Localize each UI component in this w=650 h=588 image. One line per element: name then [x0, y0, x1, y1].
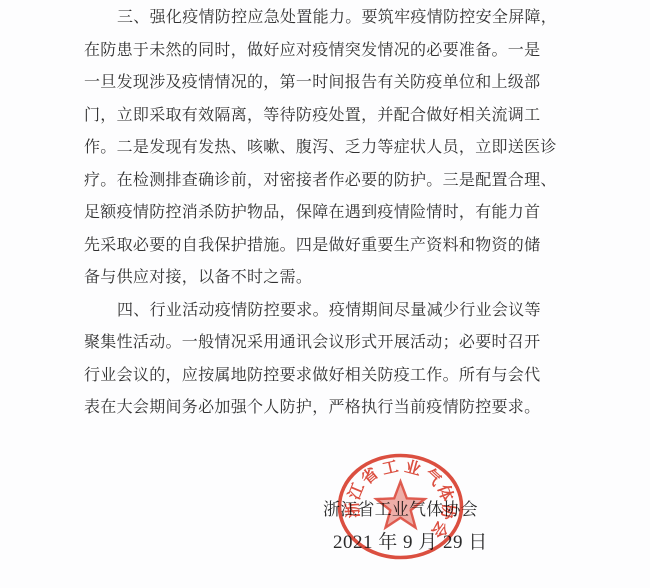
text-line: 作。二是发现有发热、咳嗽、腹泻、乏力等症状人员，立即送医诊: [84, 132, 537, 165]
text-line: 备与供应对接，以备不时之需。: [84, 262, 537, 295]
paragraph-4: 四、行业活动疫情防控要求。疫情期间尽量减少行业会议等 聚集性活动。一般情况采用通…: [84, 295, 537, 425]
seal-ring-char: 业: [403, 458, 423, 480]
text-line: 一旦发现涉及疫情情况的，第一时间报告有关防疫单位和上级部: [84, 67, 537, 100]
text-line: 表在大会期间务必加强个人防护，严格执行当前疫情防控要求。: [84, 392, 537, 425]
text-line: 三、强化疫情防控应急处置能力。要筑牢疫情防控安全屏障，: [84, 2, 537, 35]
text-line: 疗。在检测排查确诊前，对密接者作必要的防护。三是配置合理、: [84, 165, 537, 198]
text-line: 门，立即采取有效隔离，等待防疫处置，并配合做好相关流调工: [84, 100, 537, 133]
text-line: 先采取必要的自我保护措施。四是做好重要生产资料和物资的储: [84, 230, 537, 263]
text-line: 行业会议的，应按属地防控要求做好相关防疫工作。所有与会代: [84, 360, 537, 393]
paragraph-3: 三、强化疫情防控应急处置能力。要筑牢疫情防控安全屏障， 在防患于未然的同时，做好…: [84, 2, 537, 295]
seal-ring-char: 气: [421, 465, 446, 490]
signature-organization: 浙江省工业气体协会: [323, 495, 478, 520]
text-line: 在防患于未然的同时，做好应对疫情突发情况的必要准备。一是: [84, 35, 537, 68]
scanned-document-page: 三、强化疫情防控应急处置能力。要筑牢疫情防控安全屏障， 在防患于未然的同时，做好…: [0, 0, 650, 588]
signature-date: 2021 年 9 月 29 日: [333, 527, 488, 554]
document-body: 三、强化疫情防控应急处置能力。要筑牢疫情防控安全屏障， 在防患于未然的同时，做好…: [84, 2, 537, 425]
text-line: 足额疫情防控消杀防护物品，保障在遇到疫情险情时，有能力首: [84, 197, 537, 230]
text-line: 四、行业活动疫情防控要求。疫情期间尽量减少行业会议等: [84, 295, 537, 328]
seal-ring-char: 工: [381, 458, 400, 478]
text-line: 聚集性活动。一般情况采用通讯会议形式开展活动；必要时召开: [84, 327, 537, 360]
seal-ring-char: 省: [358, 464, 382, 488]
